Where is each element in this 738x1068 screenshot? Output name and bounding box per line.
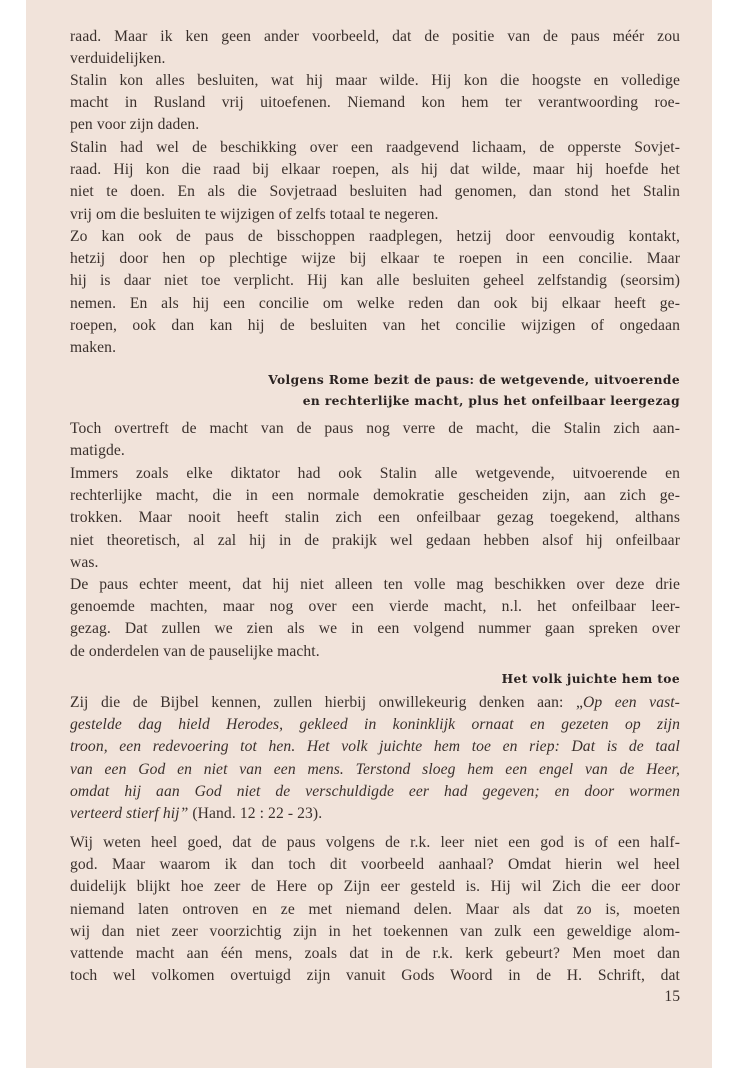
- paragraph: Stalin had wel de beschikking over een r…: [70, 137, 680, 226]
- text-line: maken.: [70, 337, 680, 359]
- quote-line: van een God en niet van een mens. Tersto…: [70, 759, 680, 781]
- text-line: De paus echter meent, dat hij niet allee…: [70, 574, 680, 596]
- paragraph: Toch overtreft de macht van de paus nog …: [70, 418, 680, 462]
- quote-line: troon, een redevoering tot hen. Het volk…: [70, 736, 680, 758]
- text-line: vrij om die besluiten te wijzigen of zel…: [70, 204, 680, 226]
- text-line: rechterlijke macht, die in een normale d…: [70, 485, 680, 507]
- heading-line: en rechterlijke macht, plus het onfeilba…: [70, 391, 680, 412]
- text-line: hetzij door hen op plechtige wijze bij e…: [70, 248, 680, 270]
- text-line: gezag. Dat zullen we zien als we in een …: [70, 618, 680, 640]
- quote-line: gestelde dag hield Herodes, gekleed in k…: [70, 714, 680, 736]
- quote-text: Op een vast-: [583, 694, 680, 711]
- text-line: Toch overtreft de macht van de paus nog …: [70, 418, 680, 440]
- text-line: wij dan niet zeer voorzichtig zijn in he…: [70, 921, 680, 943]
- text-line: pen voor zijn daden.: [70, 114, 680, 136]
- text-line: nemen. En als hij een concilie om welke …: [70, 293, 680, 315]
- text-line: raad. Hij kon die raad bij elkaar roepen…: [70, 159, 680, 181]
- paragraph: raad. Maar ik ken geen ander voorbeeld, …: [70, 26, 680, 70]
- quote-text: verteerd stierf hij”: [70, 805, 188, 822]
- section-heading: Het volk juichte hem toe: [70, 669, 680, 690]
- book-page: raad. Maar ik ken geen ander voorbeeld, …: [26, 0, 712, 1068]
- text-line: matigde.: [70, 440, 680, 462]
- text-line: Zo kan ook de paus de bisschoppen raadpl…: [70, 226, 680, 248]
- text-line: trokken. Maar nooit heeft stalin zich ee…: [70, 507, 680, 529]
- text-line: Stalin had wel de beschikking over een r…: [70, 137, 680, 159]
- text-line: roepen, ook dan kan hij de besluiten van…: [70, 315, 680, 337]
- heading-line: Het volk juichte hem toe: [70, 669, 680, 690]
- text-line: god. Maar waarom ik dan toch dit voorbee…: [70, 854, 680, 876]
- text-line: Immers zoals elke diktator had ook Stali…: [70, 463, 680, 485]
- text-line: niemand laten ontroven en ze met niemand…: [70, 899, 680, 921]
- quote-citation: (Hand. 12 : 22 - 23).: [188, 805, 322, 822]
- paragraph: Zo kan ook de paus de bisschoppen raadpl…: [70, 226, 680, 359]
- text-line: vattende macht aan één mens, zoals dat i…: [70, 943, 680, 965]
- text-line: hij is daar niet toe verplicht. Hij kan …: [70, 270, 680, 292]
- text-line: was.: [70, 552, 680, 574]
- text-line: duidelijk blijkt hoe zeer de Here op Zij…: [70, 876, 680, 898]
- text-line: niet te doen. En als die Sovjetraad besl…: [70, 181, 680, 203]
- paragraph: De paus echter meent, dat hij niet allee…: [70, 574, 680, 663]
- text-line: Zij die de Bijbel kennen, zullen hierbij…: [70, 692, 680, 714]
- text-line: toch wel volkomen overtuigd zijn vanuit …: [70, 965, 680, 987]
- text-line: verteerd stierf hij” (Hand. 12 : 22 - 23…: [70, 803, 680, 825]
- text-line: macht in Rusland vrij uitoefenen. Nieman…: [70, 92, 680, 114]
- text-line: genoemde machten, maar nog over een vier…: [70, 596, 680, 618]
- text-line: de onderdelen van de pauselijke macht.: [70, 641, 680, 663]
- quote-line: omdat hij aan God niet de verschuldigde …: [70, 781, 680, 803]
- paragraph: Stalin kon alles besluiten, wat hij maar…: [70, 70, 680, 137]
- text-line: raad. Maar ik ken geen ander voorbeeld, …: [70, 26, 680, 48]
- text-line: verduidelijken.: [70, 48, 680, 70]
- bible-quote-paragraph: Zij die de Bijbel kennen, zullen hierbij…: [70, 692, 680, 825]
- paragraph: Wij weten heel goed, dat de paus volgens…: [70, 832, 680, 987]
- text-line: Wij weten heel goed, dat de paus volgens…: [70, 832, 680, 854]
- heading-line: Volgens Rome bezit de paus: de wetgevend…: [70, 370, 680, 391]
- paragraph: Immers zoals elke diktator had ook Stali…: [70, 463, 680, 574]
- section-heading: Volgens Rome bezit de paus: de wetgevend…: [70, 370, 680, 412]
- quote-intro: Zij die de Bijbel kennen, zullen hierbij…: [70, 694, 583, 711]
- page-number: 15: [70, 988, 680, 1006]
- text-line: niet theoretisch, al zal hij in de praki…: [70, 530, 680, 552]
- text-line: Stalin kon alles besluiten, wat hij maar…: [70, 70, 680, 92]
